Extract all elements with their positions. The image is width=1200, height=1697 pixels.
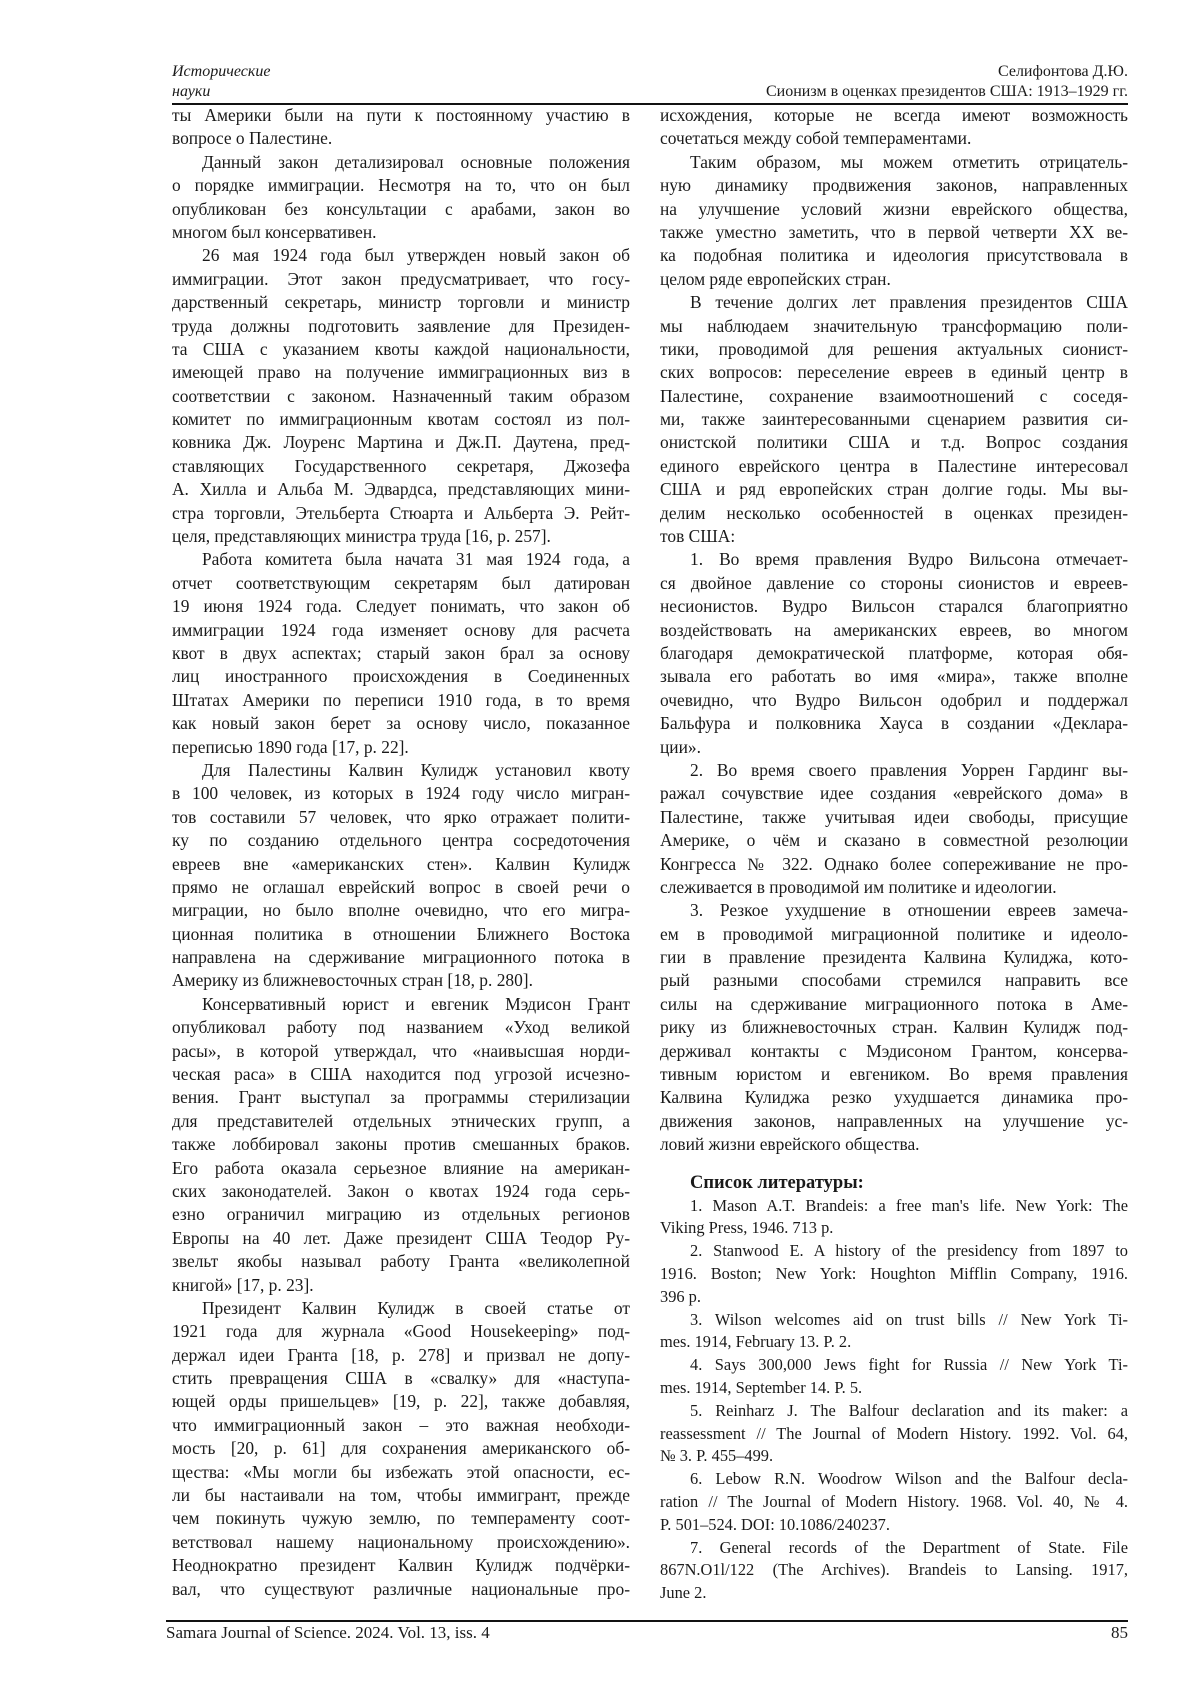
references-heading: Список литературы: (660, 1171, 1128, 1195)
text-line: Калвина Кулиджа резко ухудшается динамик… (660, 1086, 1128, 1109)
text-line: труда должны подготовить заявление для П… (172, 315, 630, 338)
text-line: квот в двух аспектах; старый закон брал … (172, 642, 630, 665)
text-line: ских законодателей. Закон о квотах 1924 … (172, 1180, 630, 1203)
reference-line: 2. Stanwood E. A history of the presiden… (660, 1240, 1128, 1263)
running-footer: Samara Journal of Science. 2024. Vol. 13… (166, 1620, 1128, 1650)
text-line: соответствии с законом. Назначенный таки… (172, 385, 630, 408)
section-name-line1: Исторические (172, 62, 270, 82)
text-line: опубликован без консультации с арабами, … (172, 198, 630, 221)
text-line: о порядке иммиграции. Несмотря на то, чт… (172, 174, 630, 197)
text-line: стра торговли, Этельберта Стюарта и Альб… (172, 502, 630, 525)
reference-line: 1. Mason A.T. Brandeis: a free man's lif… (660, 1195, 1128, 1218)
reference-line: 867N.O1l/122 (The Archives). Brandeis to… (660, 1559, 1128, 1582)
text-line: мы наблюдаем значительную трансформацию … (660, 315, 1128, 338)
text-line: ставляющих Государственного секретаря, Д… (172, 455, 630, 478)
reference-line: Viking Press, 1946. 713 p. (660, 1217, 1128, 1240)
text-line: звельт якобы называл работу Гранта «вели… (172, 1250, 630, 1273)
text-line: та США с указанием квоты каждой национал… (172, 338, 630, 361)
text-line: ную динамику продвижения законов, направ… (660, 174, 1128, 197)
text-line: 1921 года для журнала «Good Housekeeping… (172, 1320, 630, 1343)
text-line: расы», в которой утверждал, что «наивысш… (172, 1040, 630, 1063)
text-line: ющей орды пришельцев» [19, p. 22], также… (172, 1390, 630, 1413)
text-line: 2. Во время своего правления Уоррен Гард… (660, 759, 1128, 782)
text-line: воздействовать на американских евреев, в… (660, 619, 1128, 642)
text-line: мость [20, p. 61] для сохранения америка… (172, 1437, 630, 1460)
text-line: держал идеи Гранта [18, p. 278] и призва… (172, 1344, 630, 1367)
text-line: ты Америки были на пути к постоянному уч… (172, 104, 630, 127)
reference-line: 1916. Boston; New York: Houghton Mifflin… (660, 1263, 1128, 1286)
author-name: Селифонтова Д.Ю. (766, 62, 1128, 82)
text-line: гии в правление президента Калвина Кулид… (660, 946, 1128, 969)
text-line: также уместно заметить, что в первой чет… (660, 221, 1128, 244)
text-line: Америку из ближневосточных стран [18, p.… (172, 969, 630, 992)
text-line: что иммиграционный закон – это важная не… (172, 1414, 630, 1437)
text-line: ских вопросов: переселение евреев в един… (660, 361, 1128, 384)
text-line: В течение долгих лет правления президент… (660, 291, 1128, 314)
text-line: движения законов, направленных на улучше… (660, 1110, 1128, 1133)
text-line: как новый закон берет за основу число, п… (172, 712, 630, 735)
running-header: Исторические науки Селифонтова Д.Ю. Сион… (172, 62, 1128, 104)
text-line: прямо не оглашал еврейский вопрос в свое… (172, 876, 630, 899)
reference-line: ration // The Journal of Modern History.… (660, 1491, 1128, 1514)
text-line: чем покинуть чужую землю, по темперамент… (172, 1507, 630, 1530)
text-line: онистской политики США и т.д. Вопрос соз… (660, 431, 1128, 454)
section-name: Исторические науки (172, 62, 270, 102)
references-list: 1. Mason A.T. Brandeis: a free man's lif… (660, 1195, 1128, 1605)
text-line: в 100 человек, из которых в 1924 году чи… (172, 782, 630, 805)
text-line: Таким образом, мы можем отметить отрицат… (660, 151, 1128, 174)
reference-line: 3. Wilson welcomes aid on trust bills //… (660, 1309, 1128, 1332)
text-line: 3. Резкое ухудшение в отношении евреев з… (660, 899, 1128, 922)
text-line: сочетаться между собой темпераментами. (660, 127, 1128, 150)
text-line: тивным юристом и евгеником. Во время пра… (660, 1063, 1128, 1086)
text-line: на улучшение условий жизни еврейского об… (660, 198, 1128, 221)
text-line: А. Хилла и Альба М. Эдвардса, представля… (172, 478, 630, 501)
text-line: ветствовал нашему национальному происхож… (172, 1531, 630, 1554)
text-line: Америке, о чём и сказано в совместной ре… (660, 829, 1128, 852)
text-line: тов составили 57 человек, что ярко отраж… (172, 806, 630, 829)
text-line: опубликовал работу под названием «Уход в… (172, 1016, 630, 1039)
text-line: ем в проводимой миграционной политике и … (660, 923, 1128, 946)
text-line: ловий жизни еврейского общества. (660, 1133, 1128, 1156)
text-line: Бальфура и полковника Хауса в создании «… (660, 712, 1128, 735)
text-line: ковника Дж. Лоуренс Мартина и Дж.П. Даут… (172, 431, 630, 454)
text-line: имеющей право на получение иммиграционны… (172, 361, 630, 384)
text-line: слеживается в проводимой им политике и и… (660, 876, 1128, 899)
section-name-line2: науки (172, 82, 270, 102)
text-line: рый разными способами стремился направит… (660, 969, 1128, 992)
text-line: 26 мая 1924 года был утвержден новый зак… (172, 244, 630, 267)
text-line: Палестине, сохранение взаимоотношений с … (660, 385, 1128, 408)
text-line: исхождения, которые не всегда имеют возм… (660, 104, 1128, 127)
text-line: Неоднократно президент Калвин Кулидж под… (172, 1554, 630, 1577)
text-line: книгой» [17, p. 23]. (172, 1274, 630, 1297)
reference-line: mes. 1914, September 14. P. 5. (660, 1377, 1128, 1400)
text-line: ку по созданию отдельного центра сосредо… (172, 829, 630, 852)
text-line: ли бы настаивали на том, чтобы иммигрант… (172, 1484, 630, 1507)
reference-line: mes. 1914, February 13. P. 2. (660, 1331, 1128, 1354)
text-line: ми, также заинтересованными сценарием ра… (660, 408, 1128, 431)
text-line: щества: «Мы могли бы избежать этой опасн… (172, 1461, 630, 1484)
left-column: ты Америки были на пути к постоянному уч… (172, 104, 630, 1601)
reference-line: 396 p. (660, 1286, 1128, 1309)
text-line: Для Палестины Калвин Кулидж установил кв… (172, 759, 630, 782)
text-line: ражал сочувствие идее создания «еврейско… (660, 782, 1128, 805)
reference-line: 6. Lebow R.N. Woodrow Wilson and the Bal… (660, 1468, 1128, 1491)
text-line: очевидно, что Вудро Вильсон одобрил и по… (660, 689, 1128, 712)
text-line: благодаря демократической платформе, кот… (660, 642, 1128, 665)
text-line: держивал контакты с Мэдисоном Грантом, к… (660, 1040, 1128, 1063)
text-line: для представителей отдельных этнических … (172, 1110, 630, 1133)
text-line: также лоббировал законы против смешанных… (172, 1133, 630, 1156)
text-line: Штатах Америки по переписи 1910 года, в … (172, 689, 630, 712)
reference-line: 5. Reinharz J. The Balfour declaration a… (660, 1400, 1128, 1423)
text-line: тов США: (660, 525, 1128, 548)
text-line: ка подобная политика и идеология присутс… (660, 244, 1128, 267)
text-line: ционная политика в отношении Ближнего Во… (172, 923, 630, 946)
reference-line: P. 501–524. DOI: 10.1086/240237. (660, 1514, 1128, 1537)
text-line: единого еврейского центра в Палестине ин… (660, 455, 1128, 478)
text-line: иммиграции. Этот закон предусматривает, … (172, 268, 630, 291)
text-line: вения. Грант выступал за программы стери… (172, 1086, 630, 1109)
journal-citation: Samara Journal of Science. 2024. Vol. 13… (166, 1623, 490, 1643)
text-line: 1. Во время правления Вудро Вильсона отм… (660, 548, 1128, 571)
text-line: езно ограничил миграцию из отдельных рег… (172, 1203, 630, 1226)
text-line: иммиграции 1924 года изменяет основу для… (172, 619, 630, 642)
text-line: ции». (660, 736, 1128, 759)
text-line: отчет соответствующим секретарям был дат… (172, 572, 630, 595)
text-line: Консервативный юрист и евгеник Мэдисон Г… (172, 993, 630, 1016)
text-line: тики, проводимой для решения актуальных … (660, 338, 1128, 361)
text-line: целом ряде европейских стран. (660, 268, 1128, 291)
text-line: рику из ближневосточных стран. Калвин Ку… (660, 1016, 1128, 1039)
text-line: Его работа оказала серьезное влияние на … (172, 1157, 630, 1180)
article-title: Сионизм в оценках президентов США: 1913–… (766, 82, 1128, 102)
text-line: переписью 1890 года [17, p. 22]. (172, 736, 630, 759)
text-line: 19 июня 1924 года. Следует понимать, что… (172, 595, 630, 618)
text-line: стить превращения США в «свалку» для «на… (172, 1367, 630, 1390)
text-line: Президент Калвин Кулидж в своей статье о… (172, 1297, 630, 1320)
text-line: миграции, но было вполне очевидно, что е… (172, 899, 630, 922)
text-line: ся двойное давление со стороны сионистов… (660, 572, 1128, 595)
text-line: лиц иностранного происхождения в Соедине… (172, 665, 630, 688)
text-line: США и ряд европейских стран долгие годы.… (660, 478, 1128, 501)
right-column-body: исхождения, которые не всегда имеют возм… (660, 104, 1128, 1157)
text-line: целя, представляющих министра труда [16,… (172, 525, 630, 548)
reference-line: 7. General records of the Department of … (660, 1537, 1128, 1560)
text-line: силы на сдерживание миграционного потока… (660, 993, 1128, 1016)
text-line: ческая раса» в США находится под угрозой… (172, 1063, 630, 1086)
text-line: многом был консервативен. (172, 221, 630, 244)
text-line: зывала его работать во имя «мира», также… (660, 665, 1128, 688)
reference-line: 4. Says 300,000 Jews fight for Russia //… (660, 1354, 1128, 1377)
right-column: исхождения, которые не всегда имеют возм… (660, 104, 1128, 1605)
text-line: Работа комитета была начата 31 мая 1924 … (172, 548, 630, 571)
reference-line: № 3. P. 455–499. (660, 1445, 1128, 1468)
text-line: вал, что существуют различные национальн… (172, 1578, 630, 1601)
text-line: несионистов. Вудро Вильсон старался благ… (660, 595, 1128, 618)
footer-rule (166, 1620, 1128, 1622)
text-line: Данный закон детализировал основные поло… (172, 151, 630, 174)
page-number: 85 (1111, 1623, 1128, 1643)
text-line: Европы на 40 лет. Даже президент США Тео… (172, 1227, 630, 1250)
text-line: делим несколько особенностей в оценках п… (660, 502, 1128, 525)
text-line: Палестине, также учитывая идеи свободы, … (660, 806, 1128, 829)
text-line: дарственный секретарь, министр торговли … (172, 291, 630, 314)
text-line: Конгресса № 322. Однако более сопережива… (660, 853, 1128, 876)
text-line: направлена на сдерживание миграционного … (172, 946, 630, 969)
reference-line: reassessment // The Journal of Modern Hi… (660, 1423, 1128, 1446)
text-line: комитет по иммиграционным квотам состоял… (172, 408, 630, 431)
text-line: вопросе о Палестине. (172, 127, 630, 150)
reference-line: June 2. (660, 1582, 1128, 1605)
text-line: евреев вне «американских стен». Калвин К… (172, 853, 630, 876)
header-right: Селифонтова Д.Ю. Сионизм в оценках прези… (766, 62, 1128, 102)
